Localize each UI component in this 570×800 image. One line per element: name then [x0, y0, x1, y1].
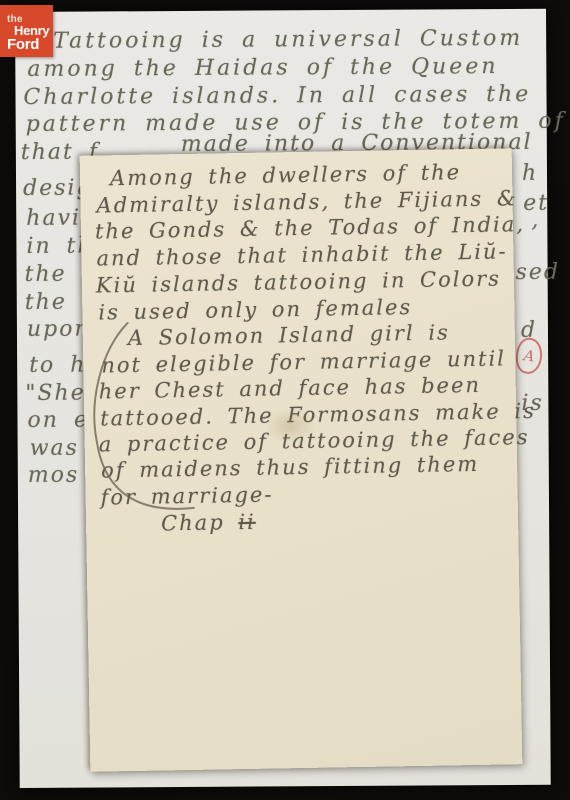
handwritten-line: among the Haidas of the Queen: [27, 53, 498, 83]
front-page: Among the dwellers of the Admiralty isla…: [80, 148, 523, 771]
handwritten-fragment: was: [30, 435, 79, 462]
logo-word-ford: Ford: [7, 36, 39, 53]
annotation-letter: A: [523, 346, 536, 365]
handwritten-fragment: sed: [516, 259, 561, 286]
handwritten-fragment: "She: [25, 380, 86, 407]
handwritten-fragment: ,: [531, 207, 540, 234]
handwritten-line: Charlotte islands. In all cases the: [23, 81, 531, 111]
red-circled-annotation: A: [514, 336, 545, 375]
handwritten-fragment: havi: [26, 205, 81, 232]
archival-photograph: Tattooing is a universal Custom among th…: [0, 0, 570, 800]
handwritten-fragment: upon: [27, 316, 91, 343]
handwritten-line: Tattooing is a universal Custom: [53, 25, 523, 55]
handwritten-fragment: mos: [28, 462, 80, 489]
henry-ford-logo: the Henry Ford: [0, 5, 53, 57]
pencil-bracket-mark: [82, 303, 236, 536]
chapter-number-struck: ii: [238, 510, 256, 534]
handwritten-fragment: h: [522, 160, 538, 187]
